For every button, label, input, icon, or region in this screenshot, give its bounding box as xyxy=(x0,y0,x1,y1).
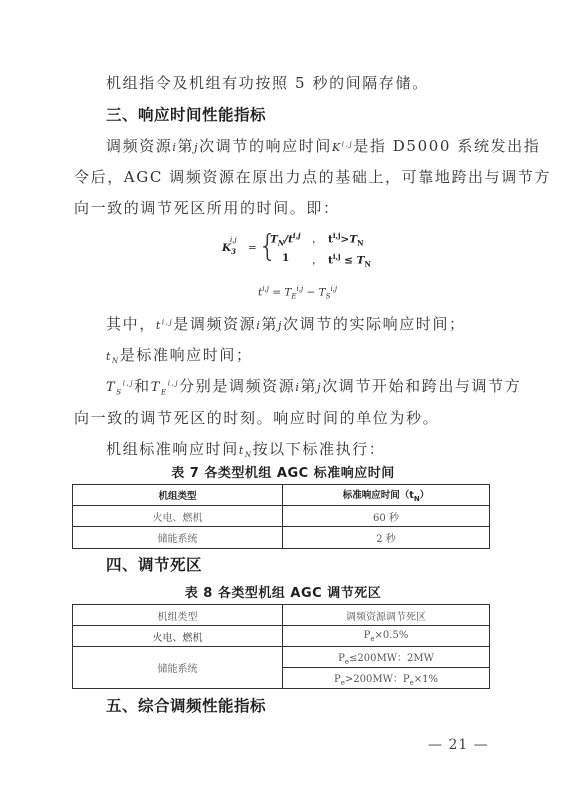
paragraph-line: 机组标准响应时间tN按以下标准执行： xyxy=(106,438,385,459)
sub: S xyxy=(116,389,122,397)
text: ×0.5% xyxy=(375,630,409,641)
paragraph-line: tN是标准响应时间； xyxy=(106,344,253,365)
sub: N xyxy=(112,357,120,365)
sup: i,j xyxy=(123,380,134,388)
math-sup: i,j xyxy=(342,140,353,148)
math-K-base: K xyxy=(332,141,342,154)
text: >200MW：P xyxy=(345,674,410,685)
paragraph-line: 向一致的调节死区的时刻。响应时间的单位为秒。 xyxy=(74,407,439,428)
sub: E xyxy=(161,389,168,397)
text: 是指 D5000 系统发出指 xyxy=(353,137,540,155)
text: 次调节的实际响应时间； xyxy=(283,315,466,333)
math-tN: tN xyxy=(106,350,120,363)
text: 标准响应时间（t xyxy=(343,490,414,501)
table-header-cell: 标准响应时间（tN） xyxy=(283,485,490,506)
table-header-cell: 机组类型 xyxy=(73,485,283,506)
section-heading-dead-band: 四、调节死区 xyxy=(106,553,202,575)
t: >T xyxy=(341,234,358,246)
table-cell: 60 秒 xyxy=(283,506,490,527)
table-header-row: 机组类型 标准响应时间（tN） xyxy=(73,485,490,506)
math-TS: TSi,j xyxy=(106,380,134,395)
sub: N xyxy=(364,260,370,269)
math-tN: tN xyxy=(239,444,253,457)
table-caption: 表 8 各类型机组 AGC 调节死区 xyxy=(0,582,566,601)
table-row: 储能系统 2 秒 xyxy=(73,527,490,549)
sup: i,j xyxy=(333,252,341,261)
table-cell: 储能系统 xyxy=(73,527,283,549)
sup: i,j xyxy=(168,380,179,388)
t: /t xyxy=(284,234,293,246)
math-TE: TEi,j xyxy=(151,380,179,395)
formula-t: ti,j = TEi,j − TSi,j xyxy=(258,285,337,301)
table-row: 火电、燃机 Pe×0.5% xyxy=(73,626,490,647)
sub: N xyxy=(245,451,253,459)
table-row: 储能系统 Pe≤200MW：2MW xyxy=(73,647,490,668)
formula-case2-value: 1 xyxy=(282,252,289,264)
paragraph-line: 其中，ti,j是调频资源i第j次调节的实际响应时间； xyxy=(106,313,466,334)
paragraph-line: 机组指令及机组有功按照 5 秒的间隔存储。 xyxy=(106,72,429,93)
section-heading-response-time: 三、响应时间性能指标 xyxy=(106,103,266,125)
table-cell: Pe×0.5% xyxy=(283,626,490,647)
text: 和 xyxy=(134,377,151,395)
table-dead-band: 机组类型 调频资源调节死区 火电、燃机 Pe×0.5% 储能系统 Pe≤200M… xyxy=(72,604,490,689)
table-cell: Pe≤200MW：2MW xyxy=(283,647,490,668)
formula-lhs-sup: i,j xyxy=(230,236,237,244)
text: ≤200MW：2MW xyxy=(349,653,434,664)
table-cell: 火电、燃机 xyxy=(73,626,283,647)
math-t: ti,j xyxy=(156,319,173,332)
eq: = xyxy=(269,287,284,299)
sup: i,j xyxy=(262,285,269,293)
paragraph-line: TSi,j和TEi,j分别是调频资源i第j次调节开始和跨出与调节方 xyxy=(106,375,521,397)
t: T xyxy=(319,287,326,299)
section-heading-composite: 五、综合调频性能指标 xyxy=(106,694,266,716)
sub: E xyxy=(291,293,296,301)
paragraph-line: 向一致的调节死区所用的时间。即： xyxy=(74,197,340,218)
text: 是标准响应时间； xyxy=(120,346,253,364)
table-cell: Pe>200MW：Pe×1% xyxy=(283,668,490,689)
sub: N xyxy=(357,239,363,248)
text: 分别是调频资源 xyxy=(179,377,295,395)
sup: i,j xyxy=(293,231,301,240)
sup: i,j xyxy=(330,285,337,293)
text: 其中， xyxy=(106,315,156,333)
t: T xyxy=(270,234,278,246)
table-response-time: 机组类型 标准响应时间（tN） 火电、燃机 60 秒 储能系统 2 秒 xyxy=(72,484,490,549)
paragraph-line: 调频资源i第j次调节的响应时间Ki,j是指 D5000 系统发出指 xyxy=(106,135,540,156)
text: 是调频资源 xyxy=(173,315,256,333)
text: P xyxy=(334,674,341,685)
text: P xyxy=(338,653,345,664)
text: 按以下标准执行： xyxy=(253,440,386,458)
sub: S xyxy=(326,293,331,301)
table-caption: 表 7 各类型机组 AGC 标准响应时间 xyxy=(0,462,566,481)
t: T xyxy=(151,380,161,395)
minus: − xyxy=(303,287,318,299)
formula-lhs-sub: 3 xyxy=(231,247,236,256)
text: ） xyxy=(420,490,430,501)
table-header-cell: 调频资源调节死区 xyxy=(283,605,490,626)
formula-comma: ， xyxy=(312,231,323,246)
sup: i,j xyxy=(333,231,341,240)
formula-case1-condition: ti,j>TN xyxy=(328,231,364,248)
text: 次调节的响应时间 xyxy=(199,137,332,155)
t: ≤ T xyxy=(341,255,365,267)
text: 次调节开始和跨出与调节方 xyxy=(322,377,521,395)
text: 第 xyxy=(301,377,318,395)
text: ×1% xyxy=(414,674,438,685)
text: 机组标准响应时间 xyxy=(106,440,239,458)
formula-lhs: K3 xyxy=(222,242,236,256)
table-header-row: 机组类型 调频资源调节死区 xyxy=(73,605,490,626)
formula-case1-value: TN/ti,j xyxy=(270,231,301,248)
formula-eq: = xyxy=(248,242,257,254)
table-cell: 火电、燃机 xyxy=(73,506,283,527)
formula-comma: ， xyxy=(312,252,323,267)
table-row: 火电、燃机 60 秒 xyxy=(73,506,490,527)
formula-case2-condition: ti,j ≤ TN xyxy=(328,252,371,269)
t: T xyxy=(106,380,116,395)
text: 第 xyxy=(261,315,278,333)
text: 调频资源 xyxy=(106,137,172,155)
table-cell: 2 秒 xyxy=(283,527,490,549)
math-K: Ki,j xyxy=(332,141,353,154)
table-header-cell: 机组类型 xyxy=(73,605,283,626)
text: 第 xyxy=(178,137,195,155)
sup: i,j xyxy=(162,318,173,326)
table-cell: 储能系统 xyxy=(73,647,283,689)
page-number: — 21 — xyxy=(428,737,489,753)
paragraph-line: 令后，AGC 调频资源在原出力点的基础上，可靠地跨出与调节方 xyxy=(74,166,551,187)
